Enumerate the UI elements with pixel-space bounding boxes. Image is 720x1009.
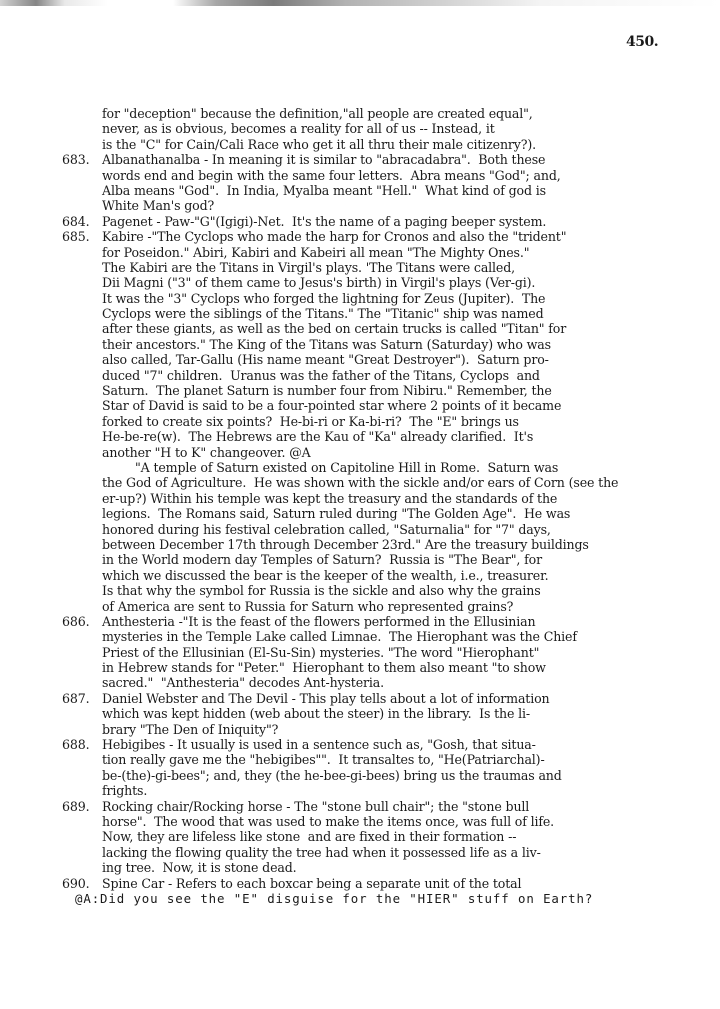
- line-text: frights.: [102, 783, 147, 798]
- text-line: which was kept hidden (web about the ste…: [0, 706, 720, 721]
- text-line: Is that why the symbol for Russia is the…: [0, 583, 720, 598]
- line-text: ing tree. Now, it is stone dead.: [102, 860, 297, 875]
- text-line: Cyclops were the siblings of the Titans.…: [0, 306, 720, 321]
- line-text: Albanathanalba - In meaning it is simila…: [102, 152, 545, 167]
- line-text: Spine Car - Refers to each boxcar being …: [102, 876, 521, 891]
- footnote: @A:Did you see the "E" disguise for the …: [0, 891, 720, 906]
- text-line: never, as is obvious, becomes a reality …: [0, 121, 720, 136]
- text-line: the God of Agriculture. He was shown wit…: [0, 475, 720, 490]
- text-line: He-be-re(w). The Hebrews are the Kau of …: [0, 429, 720, 444]
- line-text: horse". The wood that was used to make t…: [102, 814, 554, 829]
- text-line: tion really gave me the "hebigibes"". It…: [0, 752, 720, 767]
- text-line: another "H to K" changeover. @A: [0, 445, 720, 460]
- line-text: Priest of the Ellusinian (El-Su-Sin) mys…: [102, 645, 539, 660]
- line-text: It was the "3" Cyclops who forged the li…: [102, 291, 545, 306]
- line-text: brary "The Den of Iniquity"?: [102, 722, 278, 737]
- line-text: legions. The Romans said, Saturn ruled d…: [102, 506, 570, 521]
- line-text: of America are sent to Russia for Saturn…: [102, 599, 513, 614]
- text-line: also called, Tar-Gallu (His name meant "…: [0, 352, 720, 367]
- scan-noise-band: [0, 0, 720, 6]
- document-body: for "deception" because the definition,"…: [0, 106, 720, 906]
- entry-line: 684.Pagenet - Paw-"G"(Igigi)-Net. It's t…: [0, 214, 720, 229]
- text-line: mysteries in the Temple Lake called Limn…: [0, 629, 720, 644]
- line-text: Cyclops were the siblings of the Titans.…: [102, 306, 544, 321]
- text-line: lacking the flowing quality the tree had…: [0, 845, 720, 860]
- entry-number: 684.: [62, 214, 102, 229]
- text-line: Star of David is said to be a four-point…: [0, 398, 720, 413]
- line-text: Star of David is said to be a four-point…: [102, 398, 561, 413]
- line-text: their ancestors." The King of the Titans…: [102, 337, 551, 352]
- line-text: for "deception" because the definition,"…: [102, 106, 533, 121]
- text-line: Priest of the Ellusinian (El-Su-Sin) mys…: [0, 645, 720, 660]
- line-text: words end and begin with the same four l…: [102, 168, 561, 183]
- line-text: the God of Agriculture. He was shown wit…: [102, 475, 618, 490]
- text-line: which we discussed the bear is the keepe…: [0, 568, 720, 583]
- entry-line: 686.Anthesteria -"It is the feast of the…: [0, 614, 720, 629]
- text-line: after these giants, as well as the bed o…: [0, 321, 720, 336]
- text-line: between December 17th through December 2…: [0, 537, 720, 552]
- page-number: 450.: [626, 34, 658, 50]
- text-line: legions. The Romans said, Saturn ruled d…: [0, 506, 720, 521]
- line-text: White Man's god?: [102, 198, 214, 213]
- text-line: Alba means "God". In India, Myalba meant…: [0, 183, 720, 198]
- line-text: Daniel Webster and The Devil - This play…: [102, 691, 550, 706]
- text-line: frights.: [0, 783, 720, 798]
- text-line: sacred." "Anthesteria" decodes Ant-hyste…: [0, 675, 720, 690]
- line-text: is the "C" for Cain/Cali Race who get it…: [102, 137, 536, 152]
- entry-number: 685.: [62, 229, 102, 244]
- line-text: sacred." "Anthesteria" decodes Ant-hyste…: [102, 675, 384, 690]
- line-text: Rocking chair/Rocking horse - The "stone…: [102, 799, 529, 814]
- line-text: He-be-re(w). The Hebrews are the Kau of …: [102, 429, 533, 444]
- entry-line: 683.Albanathanalba - In meaning it is si…: [0, 152, 720, 167]
- entry-number: 683.: [62, 152, 102, 167]
- text-line: Dii Magni ("3" of them came to Jesus's b…: [0, 275, 720, 290]
- text-line: their ancestors." The King of the Titans…: [0, 337, 720, 352]
- text-line: in Hebrew stands for "Peter." Hierophant…: [0, 660, 720, 675]
- line-text: Dii Magni ("3" of them came to Jesus's b…: [102, 275, 535, 290]
- line-text: which was kept hidden (web about the ste…: [102, 706, 530, 721]
- text-line: ing tree. Now, it is stone dead.: [0, 860, 720, 875]
- entry-line: 689.Rocking chair/Rocking horse - The "s…: [0, 799, 720, 814]
- line-text: another "H to K" changeover. @A: [102, 445, 311, 460]
- line-text: never, as is obvious, becomes a reality …: [102, 121, 495, 136]
- line-text: which we discussed the bear is the keepe…: [102, 568, 548, 583]
- text-line: White Man's god?: [0, 198, 720, 213]
- line-text: "A temple of Saturn existed on Capitolin…: [135, 460, 558, 475]
- line-text: The Kabiri are the Titans in Virgil's pl…: [102, 260, 515, 275]
- line-text: after these giants, as well as the bed o…: [102, 321, 566, 336]
- entry-line: 687.Daniel Webster and The Devil - This …: [0, 691, 720, 706]
- text-line: "A temple of Saturn existed on Capitolin…: [0, 460, 720, 475]
- text-line: for "deception" because the definition,"…: [0, 106, 720, 121]
- text-line: words end and begin with the same four l…: [0, 168, 720, 183]
- text-line: Saturn. The planet Saturn is number four…: [0, 383, 720, 398]
- text-line: Now, they are lifeless like stone and ar…: [0, 829, 720, 844]
- text-line: in the World modern day Temples of Satur…: [0, 552, 720, 567]
- text-line: The Kabiri are the Titans in Virgil's pl…: [0, 260, 720, 275]
- line-text: Is that why the symbol for Russia is the…: [102, 583, 541, 598]
- entry-number: 689.: [62, 799, 102, 814]
- line-text: Anthesteria -"It is the feast of the flo…: [102, 614, 535, 629]
- line-text: Pagenet - Paw-"G"(Igigi)-Net. It's the n…: [102, 214, 546, 229]
- entry-number: 686.: [62, 614, 102, 629]
- line-text: lacking the flowing quality the tree had…: [102, 845, 541, 860]
- line-text: between December 17th through December 2…: [102, 537, 589, 552]
- text-line: honored during his festival celebration …: [0, 522, 720, 537]
- line-text: in Hebrew stands for "Peter." Hierophant…: [102, 660, 546, 675]
- entry-number: 690.: [62, 876, 102, 891]
- line-text: Alba means "God". In India, Myalba meant…: [102, 183, 546, 198]
- entry-line: 690.Spine Car - Refers to each boxcar be…: [0, 876, 720, 891]
- text-line: brary "The Den of Iniquity"?: [0, 722, 720, 737]
- entry-number: 688.: [62, 737, 102, 752]
- text-line: for Poseidon." Abiri, Kabiri and Kabeiri…: [0, 245, 720, 260]
- line-text: er-up?) Within his temple was kept the t…: [102, 491, 557, 506]
- line-text: in the World modern day Temples of Satur…: [102, 552, 542, 567]
- line-text: mysteries in the Temple Lake called Limn…: [102, 629, 577, 644]
- line-text: honored during his festival celebration …: [102, 522, 551, 537]
- text-line: forked to create six points? He-bi-ri or…: [0, 414, 720, 429]
- line-text: Saturn. The planet Saturn is number four…: [102, 383, 552, 398]
- text-line: of America are sent to Russia for Saturn…: [0, 599, 720, 614]
- entry-line: 685.Kabire -"The Cyclops who made the ha…: [0, 229, 720, 244]
- line-text: forked to create six points? He-bi-ri or…: [102, 414, 519, 429]
- entry-number: 687.: [62, 691, 102, 706]
- line-text: tion really gave me the "hebigibes"". It…: [102, 752, 545, 767]
- footnote-text: Did you see the "E" disguise for the "HI…: [100, 891, 593, 906]
- text-line: is the "C" for Cain/Cali Race who get it…: [0, 137, 720, 152]
- line-text: Now, they are lifeless like stone and ar…: [102, 829, 516, 844]
- text-line: be-(the)-gi-bees"; and, they (the he-bee…: [0, 768, 720, 783]
- text-line: It was the "3" Cyclops who forged the li…: [0, 291, 720, 306]
- text-line: duced "7" children. Uranus was the fathe…: [0, 368, 720, 383]
- line-text: duced "7" children. Uranus was the fathe…: [102, 368, 540, 383]
- line-text: Kabire -"The Cyclops who made the harp f…: [102, 229, 566, 244]
- text-line: horse". The wood that was used to make t…: [0, 814, 720, 829]
- line-text: for Poseidon." Abiri, Kabiri and Kabeiri…: [102, 245, 529, 260]
- entry-line: 688.Hebigibes - It usually is used in a …: [0, 737, 720, 752]
- line-text: Hebigibes - It usually is used in a sent…: [102, 737, 536, 752]
- line-text: also called, Tar-Gallu (His name meant "…: [102, 352, 549, 367]
- text-line: er-up?) Within his temple was kept the t…: [0, 491, 720, 506]
- line-text: be-(the)-gi-bees"; and, they (the he-bee…: [102, 768, 562, 783]
